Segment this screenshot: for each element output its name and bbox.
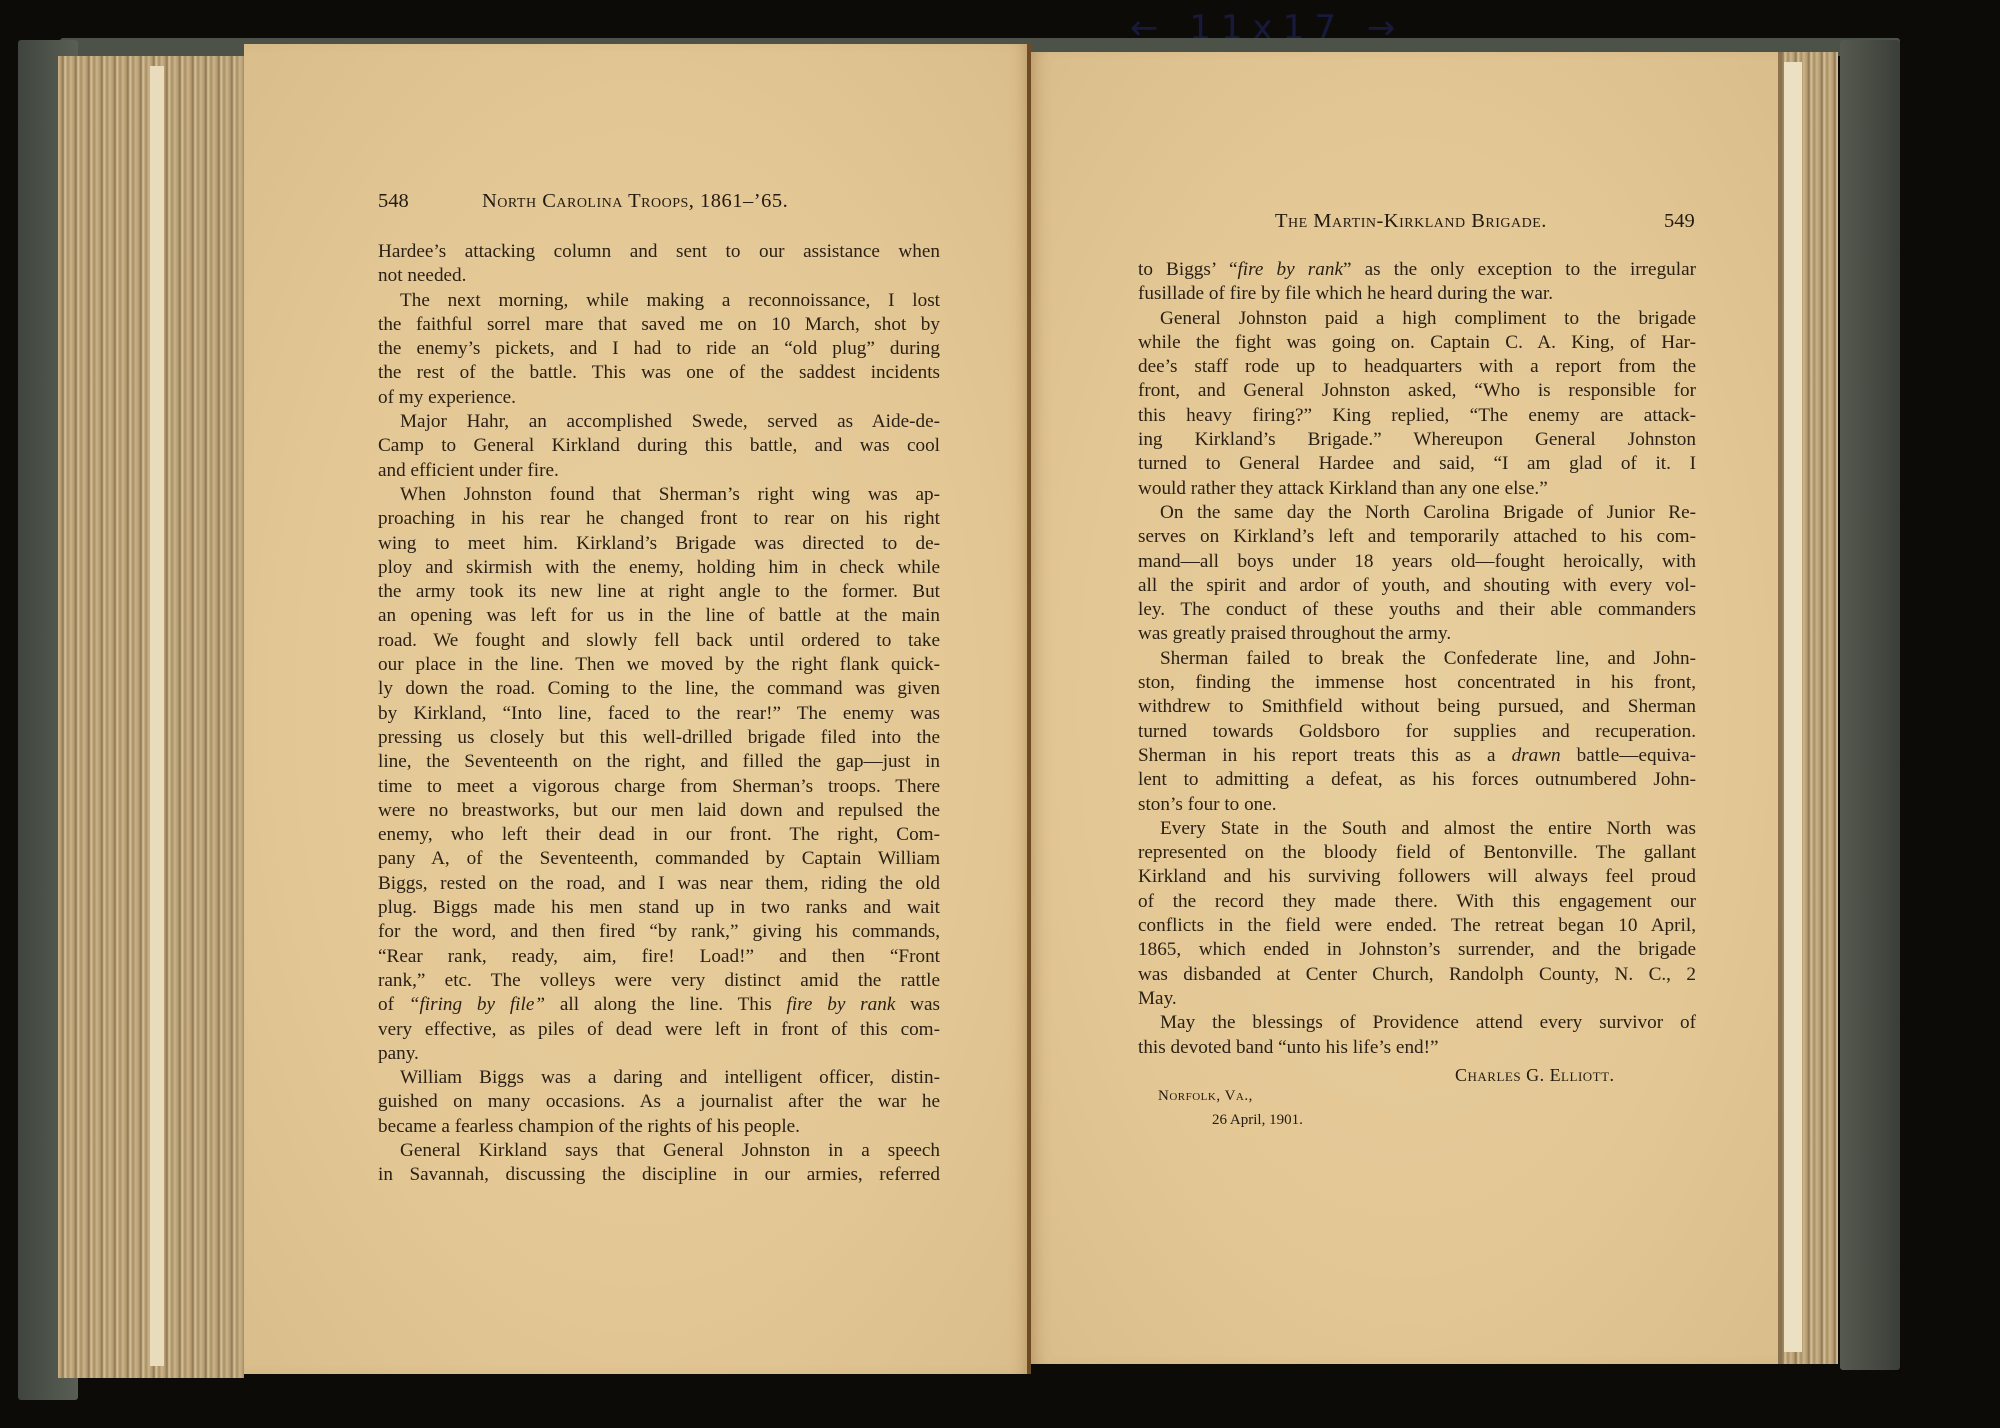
text-line: in Savannah, discussing the discipline i…	[378, 1163, 940, 1187]
text-line: William Biggs was a daring and intellige…	[378, 1066, 940, 1090]
text-line: by Kirkland, “Into line, faced to the re…	[378, 702, 940, 726]
text-line: this devoted band “unto his life’s end!”	[1138, 1036, 1696, 1060]
text-line: front, and General Johnston asked, “Who …	[1138, 379, 1696, 403]
text-line: Sherman in his report treats this as a d…	[1138, 744, 1696, 768]
text-line: enemy, who left their dead in our front.…	[378, 823, 940, 847]
text-line: Camp to General Kirkland during this bat…	[378, 434, 940, 458]
text-line: Kirkland and his surviving followers wil…	[1138, 865, 1696, 889]
text-line: General Johnston paid a high compliment …	[1138, 307, 1696, 331]
text-line: dee’s staff rode up to headquarters with…	[1138, 355, 1696, 379]
text-line: of the record they made there. With this…	[1138, 890, 1696, 914]
text-line: When Johnston found that Sherman’s right…	[378, 483, 940, 507]
right-running-head: The Martin-Kirkland Brigade.	[1275, 210, 1547, 233]
text-line: to Biggs’ “fire by rank” as the only exc…	[1138, 258, 1696, 282]
text-line: serves on Kirkland’s left and temporaril…	[1138, 525, 1696, 549]
text-line: pany A, of the Seventeenth, commanded by…	[378, 847, 940, 871]
text-line: General Kirkland says that General Johns…	[378, 1139, 940, 1163]
text-line: this heavy firing?” King replied, “The e…	[1138, 404, 1696, 428]
text-line: line, the Seventeenth on the right, and …	[378, 750, 940, 774]
text-line: the faithful sorrel mare that saved me o…	[378, 313, 940, 337]
text-line: ly down the road. Coming to the line, th…	[378, 677, 940, 701]
page-edge-strip	[150, 66, 164, 1366]
text-line: turned towards Goldsboro for supplies an…	[1138, 720, 1696, 744]
paragraph: William Biggs was a daring and intellige…	[378, 1066, 940, 1139]
page-edge-strip	[1784, 62, 1802, 1352]
text-line: of my experience.	[378, 386, 940, 410]
text-line: ing Kirkland’s Brigade.” Whereupon Gener…	[1138, 428, 1696, 452]
text-line: for the word, and then fired “by rank,” …	[378, 920, 940, 944]
text-line: proaching in his rear he changed front t…	[378, 507, 940, 531]
text-line: and efficient under fire.	[378, 459, 940, 483]
text-line: represented on the bloody field of Bento…	[1138, 841, 1696, 865]
dateline-place: Norfolk, Va.,	[1158, 1088, 1253, 1105]
dateline-place-text: Norfolk, Va.,	[1158, 1088, 1253, 1104]
text-line: road. We fought and slowly fell back unt…	[378, 629, 940, 653]
paragraph: General Johnston paid a high compliment …	[1138, 307, 1696, 501]
text-line: fusillade of fire by file which he heard…	[1138, 282, 1696, 306]
book-gutter	[1027, 44, 1031, 1374]
text-line: May the blessings of Providence attend e…	[1138, 1011, 1696, 1035]
text-line: lent to admitting a defeat, as his force…	[1138, 768, 1696, 792]
paragraph: General Kirkland says that General Johns…	[378, 1139, 940, 1188]
left-running-head: North Carolina Troops, 1861–’65.	[482, 190, 788, 213]
paragraph: Major Hahr, an accomplished Swede, serve…	[378, 410, 940, 483]
page-edges-right	[1778, 52, 1838, 1364]
paragraph: Hardee’s attacking column and sent to ou…	[378, 240, 940, 289]
text-line: conflicts in the field were ended. The r…	[1138, 914, 1696, 938]
text-line: Sherman failed to break the Confederate …	[1138, 647, 1696, 671]
text-line: May.	[1138, 987, 1696, 1011]
text-line: plug. Biggs made his men stand up in two…	[378, 896, 940, 920]
author-signature: Charles G. Elliott.	[1455, 1065, 1615, 1086]
text-line: The next morning, while making a reconno…	[378, 289, 940, 313]
text-line: 1865, which ended in Johnston’s surrende…	[1138, 938, 1696, 962]
text-line: our place in the line. Then we moved by …	[378, 653, 940, 677]
paragraph: On the same day the North Carolina Briga…	[1138, 501, 1696, 647]
dateline-date: 26 April, 1901.	[1212, 1112, 1303, 1129]
right-page-number: 549	[1664, 210, 1695, 233]
text-line: ploy and skirmish with the enemy, holdin…	[378, 556, 940, 580]
text-line: were no breastworks, but our men laid do…	[378, 799, 940, 823]
paragraph: to Biggs’ “fire by rank” as the only exc…	[1138, 258, 1696, 307]
text-line: was disbanded at Center Church, Randolph…	[1138, 963, 1696, 987]
text-line: Every State in the South and almost the …	[1138, 817, 1696, 841]
text-line: Hardee’s attacking column and sent to ou…	[378, 240, 940, 264]
text-line: pressing us closely but this well-drille…	[378, 726, 940, 750]
text-line: ston, finding the immense host concentra…	[1138, 671, 1696, 695]
text-line: turned to General Hardee and said, “I am…	[1138, 452, 1696, 476]
text-line: withdrew to Smithfield without being pur…	[1138, 695, 1696, 719]
text-line: was greatly praised throughout the army.	[1138, 622, 1696, 646]
text-line: of “firing by file” all along the line. …	[378, 993, 940, 1017]
text-line: time to meet a vigorous charge from Sher…	[378, 775, 940, 799]
text-line: pany.	[378, 1042, 940, 1066]
text-line: “Rear rank, ready, aim, fire! Load!” and…	[378, 945, 940, 969]
paragraph: May the blessings of Providence attend e…	[1138, 1011, 1696, 1060]
text-line: wing to meet him. Kirkland’s Brigade was…	[378, 532, 940, 556]
text-line: ston’s four to one.	[1138, 793, 1696, 817]
text-line: mand—all boys under 18 years old—fought …	[1138, 550, 1696, 574]
text-line: the rest of the battle. This was one of …	[378, 361, 940, 385]
text-line: would rather they attack Kirkland than a…	[1138, 477, 1696, 501]
text-line: Biggs, rested on the road, and I was nea…	[378, 872, 940, 896]
text-line: all the spirit and ardor of youth, and s…	[1138, 574, 1696, 598]
text-line: became a fearless champion of the rights…	[378, 1115, 940, 1139]
paragraph: Every State in the South and almost the …	[1138, 817, 1696, 1011]
left-page-number: 548	[378, 190, 409, 213]
text-line: the army took its new line at right angl…	[378, 580, 940, 604]
text-line: while the fight was going on. Captain C.…	[1138, 331, 1696, 355]
text-line: ley. The conduct of these youths and the…	[1138, 598, 1696, 622]
book-cover-right	[1840, 40, 1900, 1370]
text-line: the enemy’s pickets, and I had to ride a…	[378, 337, 940, 361]
text-line: On the same day the North Carolina Briga…	[1138, 501, 1696, 525]
paragraph: Sherman failed to break the Confederate …	[1138, 647, 1696, 817]
paragraph: The next morning, while making a reconno…	[378, 289, 940, 410]
text-line: very effective, as piles of dead were le…	[378, 1018, 940, 1042]
text-line: Major Hahr, an accomplished Swede, serve…	[378, 410, 940, 434]
left-page-body: Hardee’s attacking column and sent to ou…	[378, 240, 940, 1188]
page-edges-left	[58, 56, 244, 1378]
text-line: not needed.	[378, 264, 940, 288]
text-line: guished on many occasions. As a journali…	[378, 1090, 940, 1114]
text-line: rank,” etc. The volleys were very distin…	[378, 969, 940, 993]
text-line: an opening was left for us in the line o…	[378, 604, 940, 628]
right-page-body: to Biggs’ “fire by rank” as the only exc…	[1138, 258, 1696, 1060]
paragraph: When Johnston found that Sherman’s right…	[378, 483, 940, 1066]
